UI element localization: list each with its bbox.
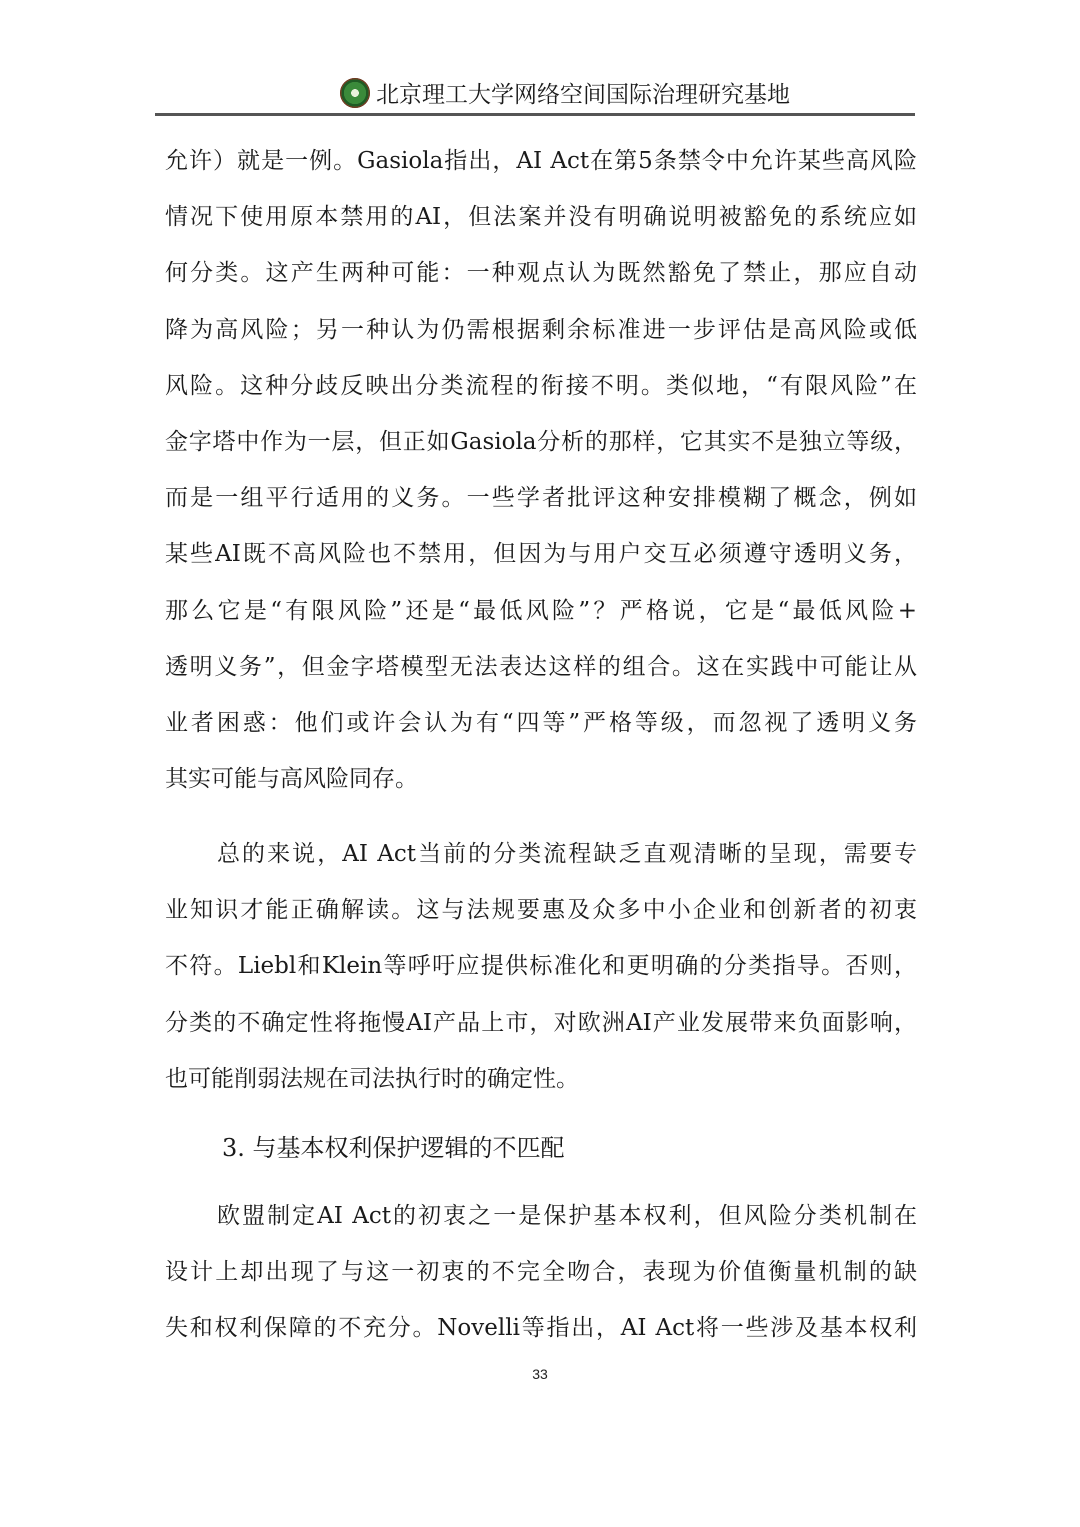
text-line: 风险。这种分歧反映出分类流程的衔接不明。类似地，“有限风险”在 bbox=[165, 358, 917, 414]
text-line: 情况下使用原本禁用的AI，但法案并没有明确说明被豁免的系统应如 bbox=[165, 189, 917, 245]
text-line: 设计上却出现了与这一初衷的不完全吻合，表现为价值衡量机制的缺 bbox=[165, 1244, 917, 1300]
section-heading: 3. 与基本权利保护逻辑的不匹配 bbox=[222, 1128, 565, 1163]
text-line: 允许）就是一例。Gasiola指出，AI Act在第5条禁令中允许某些高风险 bbox=[165, 133, 917, 189]
text-line: 分类的不确定性将拖慢AI产品上市，对欧洲AI产业发展带来负面影响， bbox=[165, 995, 917, 1051]
text-line: 某些AI既不高风险也不禁用，但因为与用户交互必须遵守透明义务， bbox=[165, 526, 917, 582]
text-line: 金字塔中作为一层，但正如Gasiola分析的那样，它其实不是独立等级， bbox=[165, 414, 917, 470]
paragraph-1: 允许）就是一例。Gasiola指出，AI Act在第5条禁令中允许某些高风险 情… bbox=[165, 133, 917, 807]
header-brand: 北京理工大学网络空间国际治理研究基地 bbox=[340, 76, 790, 109]
text-line: 业者困惑：他们或许会认为有“四等”严格等级，而忽视了透明义务 bbox=[165, 695, 917, 751]
text-line: 欧盟制定AI Act的初衷之一是保护基本权利，但风险分类机制在 bbox=[165, 1188, 917, 1244]
page-header: 北京理工大学网络空间国际治理研究基地 bbox=[155, 72, 915, 116]
text-line: 失和权利保障的不充分。Novelli等指出，AI Act将一些涉及基本权利 bbox=[165, 1300, 917, 1356]
text-line: 而是一组平行适用的义务。一些学者批评这种安排模糊了概念，例如 bbox=[165, 470, 917, 526]
text-line: 其实可能与高风险同存。 bbox=[165, 751, 917, 807]
header-divider bbox=[155, 113, 915, 116]
text-line: 何分类。这产生两种可能：一种观点认为既然豁免了禁止，那应自动 bbox=[165, 245, 917, 301]
header-title: 北京理工大学网络空间国际治理研究基地 bbox=[376, 76, 790, 109]
text-line: 那么它是“有限风险”还是“最低风险”？严格说，它是“最低风险+ bbox=[165, 583, 917, 639]
text-line: 也可能削弱法规在司法执行时的确定性。 bbox=[165, 1051, 917, 1107]
text-line: 不符。Liebl和Klein等呼吁应提供标准化和更明确的分类指导。否则， bbox=[165, 938, 917, 994]
page-number: 33 bbox=[0, 1366, 1080, 1382]
paragraph-3: 欧盟制定AI Act的初衷之一是保护基本权利，但风险分类机制在 设计上却出现了与… bbox=[165, 1188, 917, 1357]
text-line: 总的来说，AI Act当前的分类流程缺乏直观清晰的呈现，需要专 bbox=[165, 826, 917, 882]
text-line: 降为高风险；另一种认为仍需根据剩余标准进一步评估是高风险或低 bbox=[165, 302, 917, 358]
paragraph-2: 总的来说，AI Act当前的分类流程缺乏直观清晰的呈现，需要专 业知识才能正确解… bbox=[165, 826, 917, 1107]
text-line: 透明义务”，但金字塔模型无法表达这样的组合。这在实践中可能让从 bbox=[165, 639, 917, 695]
university-seal-icon bbox=[340, 78, 370, 108]
text-line: 业知识才能正确解读。这与法规要惠及众多中小企业和创新者的初衷 bbox=[165, 882, 917, 938]
